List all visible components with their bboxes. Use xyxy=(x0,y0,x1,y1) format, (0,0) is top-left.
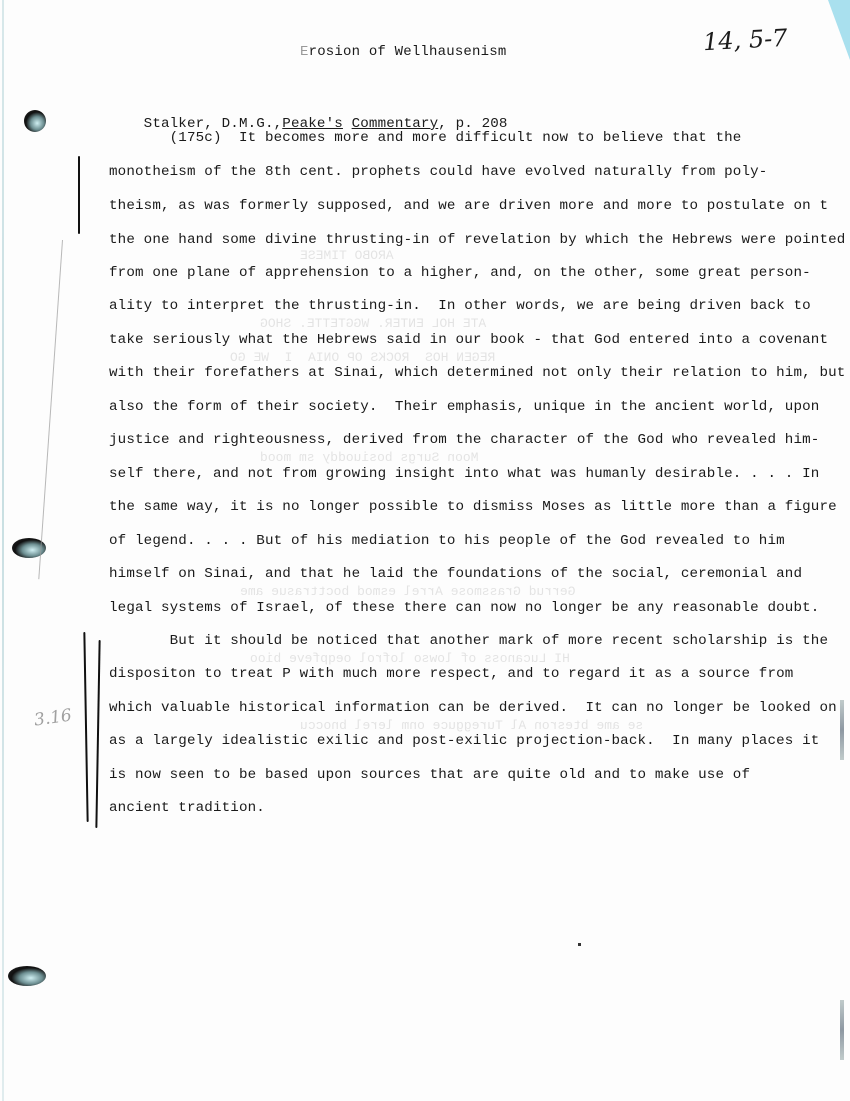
page-edge xyxy=(2,0,4,1101)
body-line: which valuable historical information ca… xyxy=(109,700,837,716)
punch-hole-bottom xyxy=(8,966,46,986)
body-line: theism, as was formerly supposed, and we… xyxy=(109,198,828,214)
body-line: ality to interpret the thrusting-in. In … xyxy=(109,298,811,314)
show-through-text: se ame btesron Al Turegguce onm lerel bn… xyxy=(300,718,643,733)
show-through-text: HI Lucanoss of lowso lofrol oeqpfeve bio… xyxy=(250,651,570,666)
margin-pencil-note: 3.16 xyxy=(33,705,73,730)
struck-letter: E xyxy=(300,44,309,60)
body-line: dispositon to treat P with much more res… xyxy=(109,666,793,682)
show-through-text: ATE HOL ENTER. WGGTETTE. SHOG xyxy=(260,316,486,331)
body-line: of legend. . . . But of his mediation to… xyxy=(109,533,785,549)
body-line: monotheism of the 8th cent. prophets cou… xyxy=(109,164,767,180)
body-line: from one plane of apprehension to a high… xyxy=(109,265,811,281)
body-line: the same way, it is no longer possible t… xyxy=(109,499,837,515)
ink-speck xyxy=(578,943,581,946)
corner-fold xyxy=(828,0,850,60)
punch-hole-top xyxy=(24,110,46,132)
margin-bracket-ink xyxy=(95,640,100,828)
show-through-text: REGEN HOS ROCKS OP ONIA I WE GO xyxy=(230,350,495,365)
body-line: But it should be noticed that another ma… xyxy=(109,633,828,649)
body-line: himself on Sinai, and that he laid the f… xyxy=(109,566,802,582)
scan-smudge xyxy=(840,1000,844,1060)
body-line: also the form of their society. Their em… xyxy=(109,399,819,415)
show-through-text: AROBO TIMESE xyxy=(300,248,394,263)
margin-bracket-ink xyxy=(78,156,80,234)
document-title: Erosion of Wellhausenism xyxy=(300,44,506,60)
show-through-text: Gerrud Grassmose Arrel esmod bocttrasue … xyxy=(240,584,575,599)
body-line: is now seen to be based upon sources tha… xyxy=(109,767,750,783)
title-text: rosion of Wellhausenism xyxy=(309,44,507,60)
margin-pencil-line xyxy=(38,240,63,579)
handwritten-reference: 14, 5-7 xyxy=(702,24,788,56)
margin-bracket-ink xyxy=(83,632,88,822)
body-line: take seriously what the Hebrews said in … xyxy=(109,332,828,348)
body-line: self there, and not from growing insight… xyxy=(109,466,819,482)
scan-smudge xyxy=(840,700,844,760)
show-through-text: Moon Surgs bosiuoddy sm mood xyxy=(260,450,478,465)
body-line: (175c) It becomes more and more difficul… xyxy=(109,130,741,146)
body-line: justice and righteousness, derived from … xyxy=(109,432,819,448)
body-line: ancient tradition. xyxy=(109,800,265,816)
body-line: legal systems of Israel, of these there … xyxy=(109,600,819,616)
body-line: as a largely idealistic exilic and post-… xyxy=(109,733,819,749)
body-line: with their forefathers at Sinai, which d… xyxy=(109,365,845,381)
scanned-page: Erosion of Wellhausenism 14, 5-7 Stalker… xyxy=(0,0,850,1101)
body-line: the one hand some divine thrusting-in of… xyxy=(109,232,845,248)
